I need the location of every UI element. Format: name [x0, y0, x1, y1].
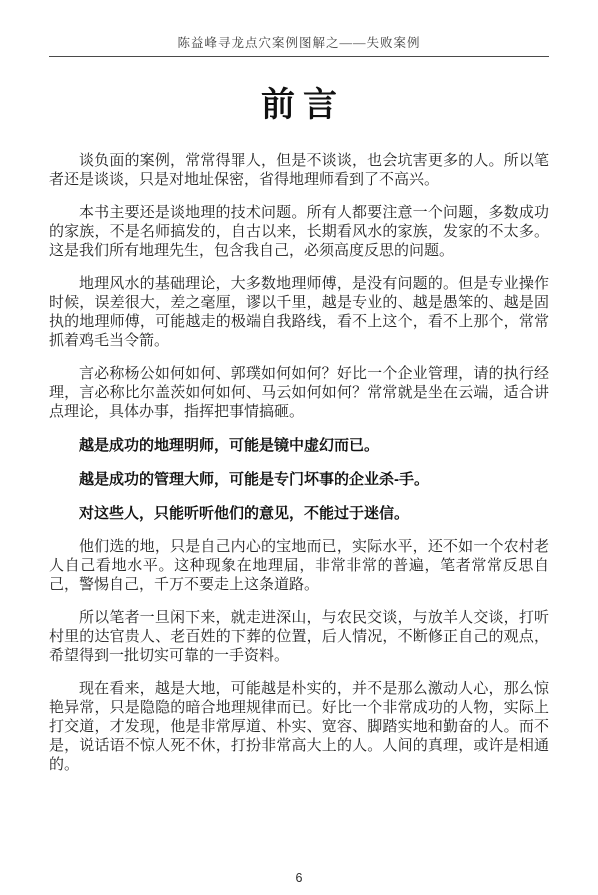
page-number: 6 — [0, 871, 598, 885]
book-page: 陈益峰寻龙点穴案例图解之——失败案例 前言 谈负面的案例，常常得罪人，但是不谈谈… — [0, 0, 598, 895]
emphasis-paragraph: 越是成功的地理明师，可能是镜中虚幻而已。 — [49, 436, 549, 455]
header-rule — [49, 56, 549, 57]
body-text: 谈负面的案例，常常得罪人，但是不谈谈，也会坑害更多的人。所以笔者还是谈谈，只是对… — [49, 152, 549, 775]
emphasis-paragraph: 越是成功的管理大师，可能是专门坏事的企业杀-手。 — [49, 470, 549, 489]
body-paragraph: 言必称杨公如何如何、郭璞如何如何？好比一个企业管理，请的执行经理，言必称比尔盖茨… — [49, 365, 549, 422]
emphasis-paragraph: 对这些人，只能听听他们的意见，不能过于迷信。 — [49, 504, 549, 523]
page-title: 前言 — [0, 77, 598, 126]
body-paragraph: 地理风水的基础理论，大多数地理师傅，是没有问题的。但是专业操作时候，误差很大，差… — [49, 275, 549, 351]
running-header: 陈益峰寻龙点穴案例图解之——失败案例 — [0, 0, 598, 51]
body-paragraph: 他们选的地，只是自己内心的宝地而已，实际水平，还不如一个农村老人自己看地水平。这… — [49, 538, 549, 595]
body-paragraph: 本书主要还是谈地理的技术问题。所有人都要注意一个问题，多数成功的家族，不是名师搞… — [49, 204, 549, 261]
body-paragraph: 现在看来，越是大地，可能越是朴实的，并不是那么激动人心，那么惊艳异常，只是隐隐的… — [49, 680, 549, 775]
body-paragraph: 所以笔者一旦闲下来，就走进深山，与农民交谈，与放羊人交谈，打听村里的达官贵人、老… — [49, 609, 549, 666]
body-paragraph: 谈负面的案例，常常得罪人，但是不谈谈，也会坑害更多的人。所以笔者还是谈谈，只是对… — [49, 152, 549, 190]
